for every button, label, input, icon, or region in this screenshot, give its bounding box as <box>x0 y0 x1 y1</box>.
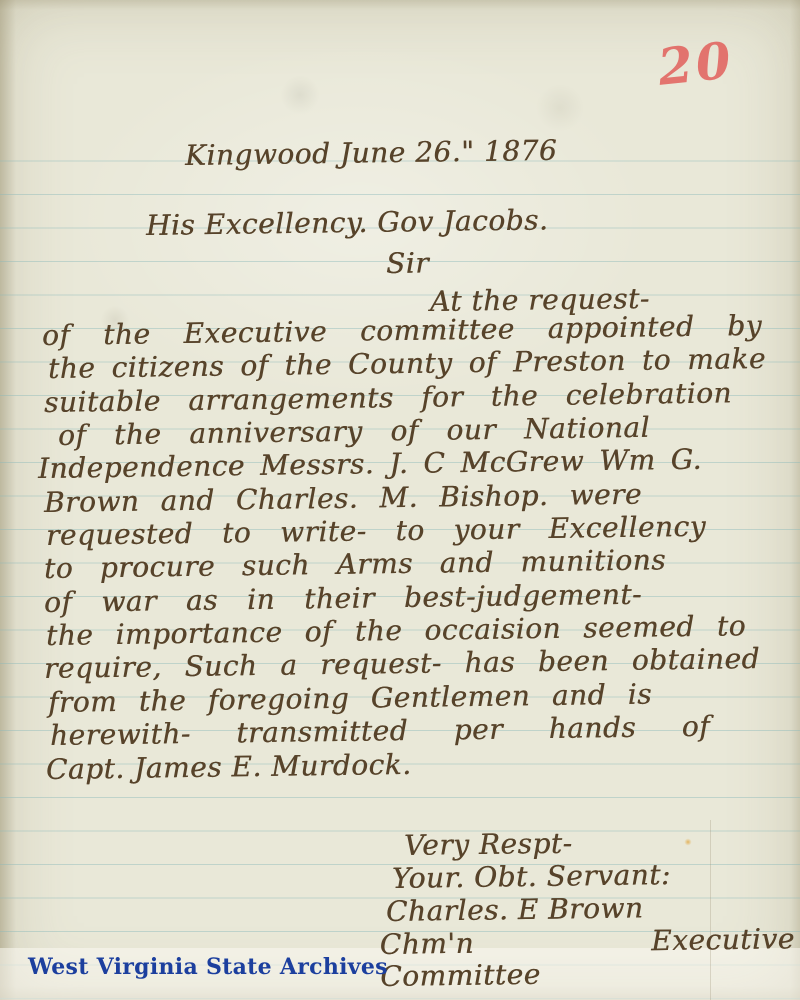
dateline: Kingwood June 26." 1876 <box>185 134 595 172</box>
closing-line: Very Respt- <box>404 827 624 862</box>
closing-line: Your. Obt. Servant: <box>392 859 672 895</box>
letter-body-line: herewith- transmitted per hands of <box>50 711 710 752</box>
archive-credit: West Virginia State Archives <box>28 954 388 980</box>
letter-body-line: Capt. James E. Murdock. <box>46 748 452 786</box>
signature-line: Charles. E Brown <box>386 892 650 928</box>
page-number-annotation: 20 <box>655 30 736 97</box>
recipient-line: His Excellency. Gov Jacobs. <box>146 204 606 243</box>
salutation: Sir <box>386 247 466 280</box>
signature-title-line: Chm'n Executive Committee <box>380 923 796 993</box>
scanned-letter-page: 20 Kingwood June 26." 1876 His Excellenc… <box>0 0 800 1000</box>
